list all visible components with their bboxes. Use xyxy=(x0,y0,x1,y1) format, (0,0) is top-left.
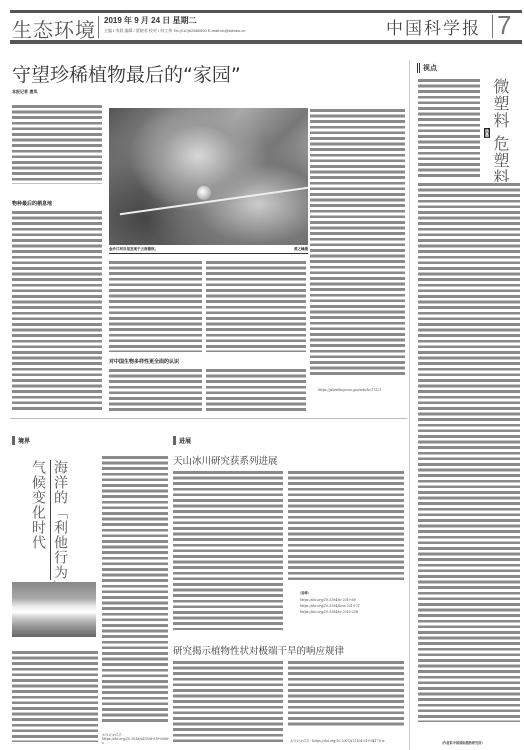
opinion-author: 徐墨 xyxy=(484,128,490,138)
caption-rule xyxy=(109,253,308,254)
jingjie-title-rule xyxy=(50,460,51,580)
section-divider xyxy=(10,418,407,419)
opinion-intro-text xyxy=(418,78,480,178)
opinion-footer: （作者系中国国际植物研究所） xyxy=(440,740,485,745)
article1-headline: 天山冰川研究获系列进展 xyxy=(173,453,278,467)
jinzhan-tag: 进展 xyxy=(173,436,191,445)
opinion-divider xyxy=(409,60,410,750)
lead-col-4-text xyxy=(310,108,405,378)
jingjie-col-1-text xyxy=(12,650,98,742)
plant-photo xyxy=(109,108,308,245)
page-number: 7 xyxy=(497,10,511,41)
opinion-body-text xyxy=(418,182,520,722)
ocean-photo xyxy=(12,582,96,637)
article1-footer: （高峰） xyxy=(298,590,311,595)
article2-col-1-text xyxy=(173,660,283,744)
opinion-tag: 视点 xyxy=(417,63,437,73)
editorial-credits: 主编 / 李晨 编辑 / 贾晓君 校对 / 何工伟 Tel:(010)62580… xyxy=(104,28,245,34)
jingjie-title-line1: 海洋的「利他行为」 xyxy=(52,460,67,595)
lead-subhead-1: 物种最后的栖息地 xyxy=(12,200,52,207)
article1-link-2[interactable]: https://doi.org/10.5194/hess-2019-71 xyxy=(300,604,360,608)
opinion-title: 微塑料 危塑料 xyxy=(492,78,508,186)
lead-subhead-2: 对中国生物多样性更全面的认识 xyxy=(109,358,179,365)
article1-col-2-text xyxy=(288,470,404,580)
newspaper-masthead: 中国科学报 xyxy=(386,14,481,39)
lead-col-3-text xyxy=(206,260,306,352)
photo-caption: 金沙江河谷里发现于云南德钦。 xyxy=(109,247,158,252)
lead-headline: 守望珍稀植物最后的“家园” xyxy=(12,60,241,87)
page-number-separator xyxy=(492,15,493,38)
header-separator xyxy=(98,16,99,38)
article2-col-2-text xyxy=(288,660,404,726)
photo-credit: 黄之峰摄 xyxy=(294,247,308,252)
header-bottom-rule xyxy=(10,40,522,44)
lead-col-1-text xyxy=(12,210,102,410)
article1-link-3[interactable]: https://doi.org/10.5194/tc-2019-258 xyxy=(300,610,358,614)
jingjie-title-line2: 气候变化时代 xyxy=(30,460,45,550)
article1-col-1-text xyxy=(173,470,283,630)
jingjie-tag: 境界 xyxy=(12,436,30,445)
jingjie-link[interactable]: 相关论文信息：https://doi.org/10.1038/s41558-01… xyxy=(102,732,170,745)
article1-link-1[interactable]: https://doi.org/10.5194/tc-2019-69 xyxy=(300,598,356,602)
lead-col-3b-text xyxy=(206,368,306,412)
lead-col-2b-text xyxy=(109,368,202,412)
lead-intro-text xyxy=(12,104,102,184)
issue-date: 2019 年 9 月 24 日 星期二 xyxy=(104,15,196,26)
photo-caption-row: 金沙江河谷里发现于云南德钦。 黄之峰摄 xyxy=(109,247,308,252)
jingjie-col-2-text xyxy=(102,455,168,725)
article2-headline: 研究揭示植物性状对极端干旱的响应规律 xyxy=(173,643,344,657)
lead-byline: 本报记者 唐凤 xyxy=(12,89,37,95)
lead-col-2-text xyxy=(109,260,202,352)
article2-link[interactable]: 相关论文信息：https://doi.org/10.1007/s11104-01… xyxy=(290,738,406,743)
lead-source-link[interactable]: https://plantdiv.pcsm.gov/article/17121 xyxy=(318,388,381,392)
section-name: 生态环境 xyxy=(12,14,96,43)
header-top-rule xyxy=(10,10,522,13)
